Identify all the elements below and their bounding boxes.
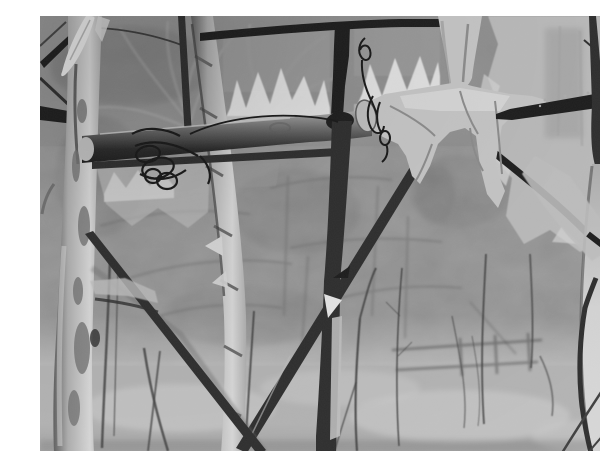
film-grain: [40, 16, 600, 451]
photograph: [40, 16, 600, 451]
pole-frame-photo: [40, 16, 600, 451]
